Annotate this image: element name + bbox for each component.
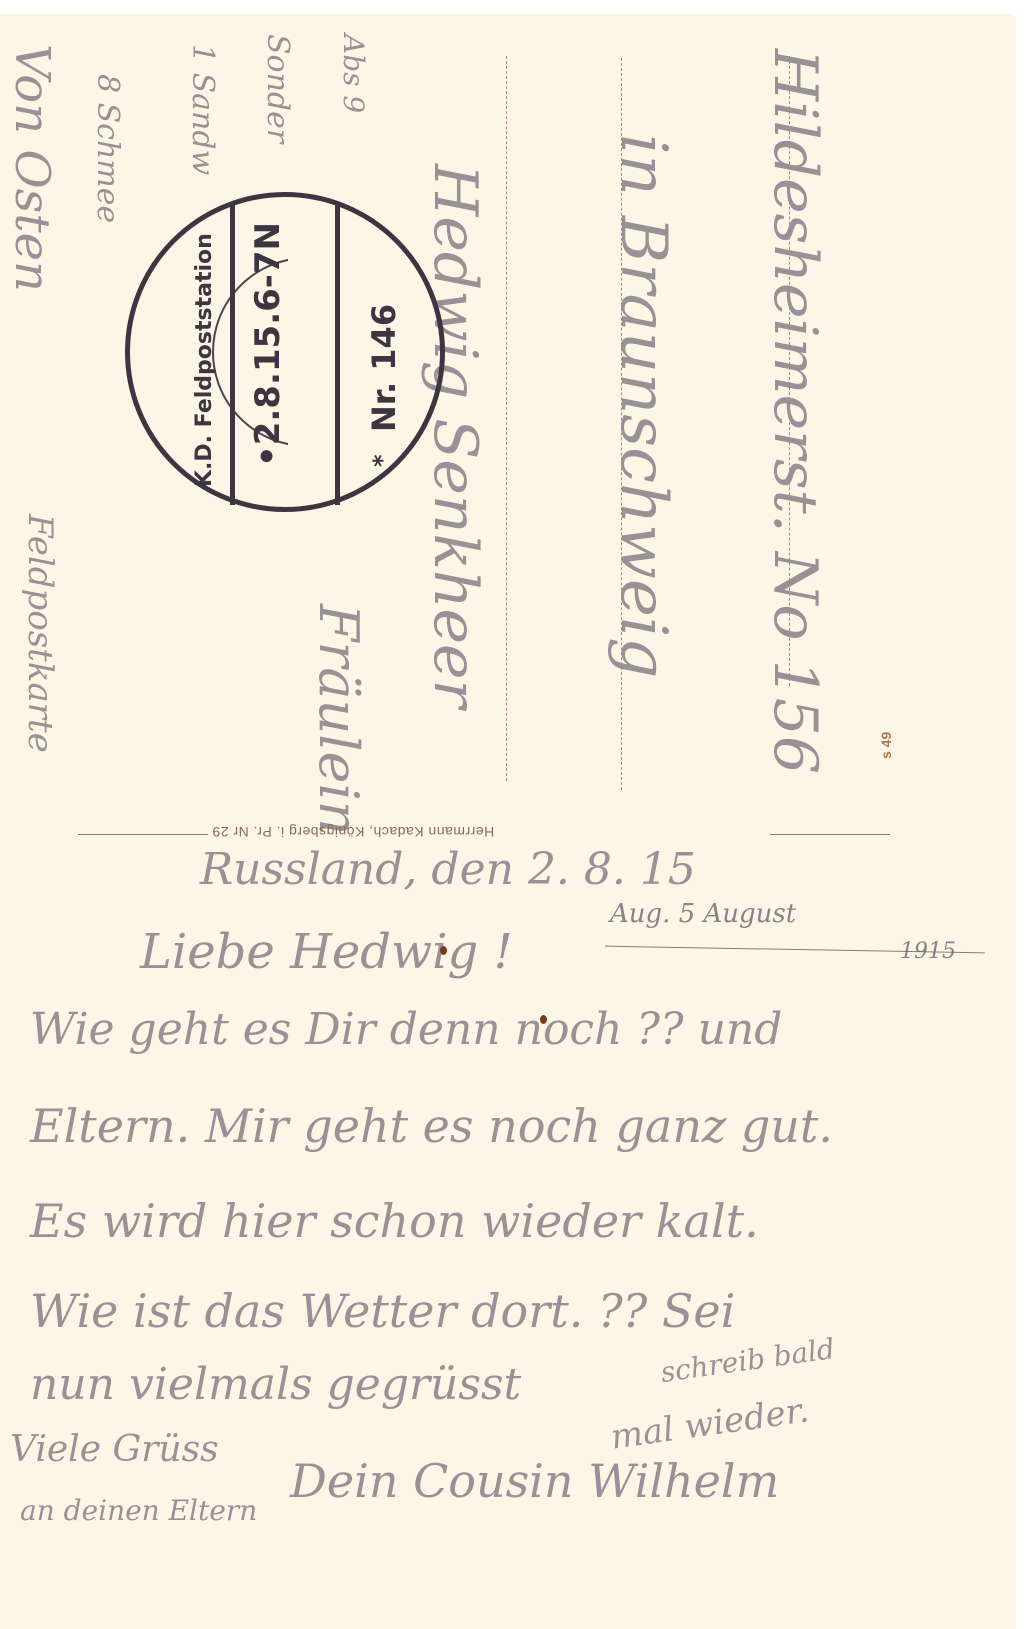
- postmark-number: Nr. 146: [365, 304, 403, 432]
- message-line-2: Wie geht es Dir denn noch ?? und: [30, 1004, 782, 1055]
- message-line-6: nun vielmals gegrüsst: [30, 1359, 521, 1410]
- postscript-line-2: mal wieder.: [608, 1390, 811, 1457]
- margin-note-4: Sonder: [260, 34, 295, 143]
- rust-spot: [540, 1015, 547, 1024]
- message-line-3: Eltern. Mir geht es noch ganz gut.: [30, 1099, 833, 1153]
- postmark-bar-left: [230, 205, 235, 505]
- postmark-bar-right: [335, 205, 340, 505]
- date-note: Aug. 5 August: [610, 899, 796, 929]
- rust-spot: [440, 946, 447, 955]
- margin-note-1: Von Osten: [4, 44, 60, 292]
- address-line-3: in Braunschweig: [606, 134, 680, 678]
- date-note-year: 1915: [900, 939, 956, 964]
- feldpostkarte-label: Feldpostkarte: [20, 514, 60, 753]
- signature: Dein Cousin Wilhelm: [290, 1454, 779, 1508]
- message-line-1: Liebe Hedwig !: [140, 924, 513, 980]
- message-line-4: Es wird hier schon wieder kalt.: [30, 1194, 759, 1248]
- postcard: Von Osten 8 Schmee 1 Sandw Sonder Abs 9 …: [0, 14, 1016, 1629]
- address-rule-1: [506, 56, 507, 781]
- postmark-arc-text: K.D. Feldpoststation: [192, 233, 217, 487]
- message-line-5: Wie ist das Wetter dort. ?? Sei: [30, 1284, 735, 1338]
- message-line-8: an deinen Eltern: [20, 1494, 257, 1527]
- card-code: s 49: [878, 732, 894, 759]
- address-line-2: Hedwig Senkheer: [420, 164, 490, 708]
- postscript-line-1: schreib bald: [659, 1332, 837, 1389]
- margin-note-5: Abs 9: [337, 34, 370, 113]
- margin-note-3: 1 Sandw: [185, 44, 220, 175]
- printer-rule-left: [78, 834, 208, 835]
- address-line-1: Fräulein: [307, 604, 370, 836]
- postmark-star: *: [368, 454, 396, 467]
- printer-rule-right: [770, 834, 890, 835]
- message-line-7: Viele Grüss: [10, 1429, 219, 1470]
- place-date: Russland, den 2. 8. 15: [200, 844, 696, 895]
- printer-imprint: Herrmann Kadach, Königsberg i. Pr. Nr 29: [212, 824, 494, 840]
- address-rule-3: [789, 56, 790, 686]
- address-rule-2: [621, 58, 622, 790]
- postmark-date: •2.8.15.6-7N: [248, 222, 288, 467]
- address-line-4: Hildesheimerst. No 156: [760, 49, 830, 774]
- margin-note-2: 8 Schmee: [90, 74, 125, 223]
- postmark-stamp: K.D. Feldpoststation •2.8.15.6-7N Nr. 14…: [125, 192, 445, 512]
